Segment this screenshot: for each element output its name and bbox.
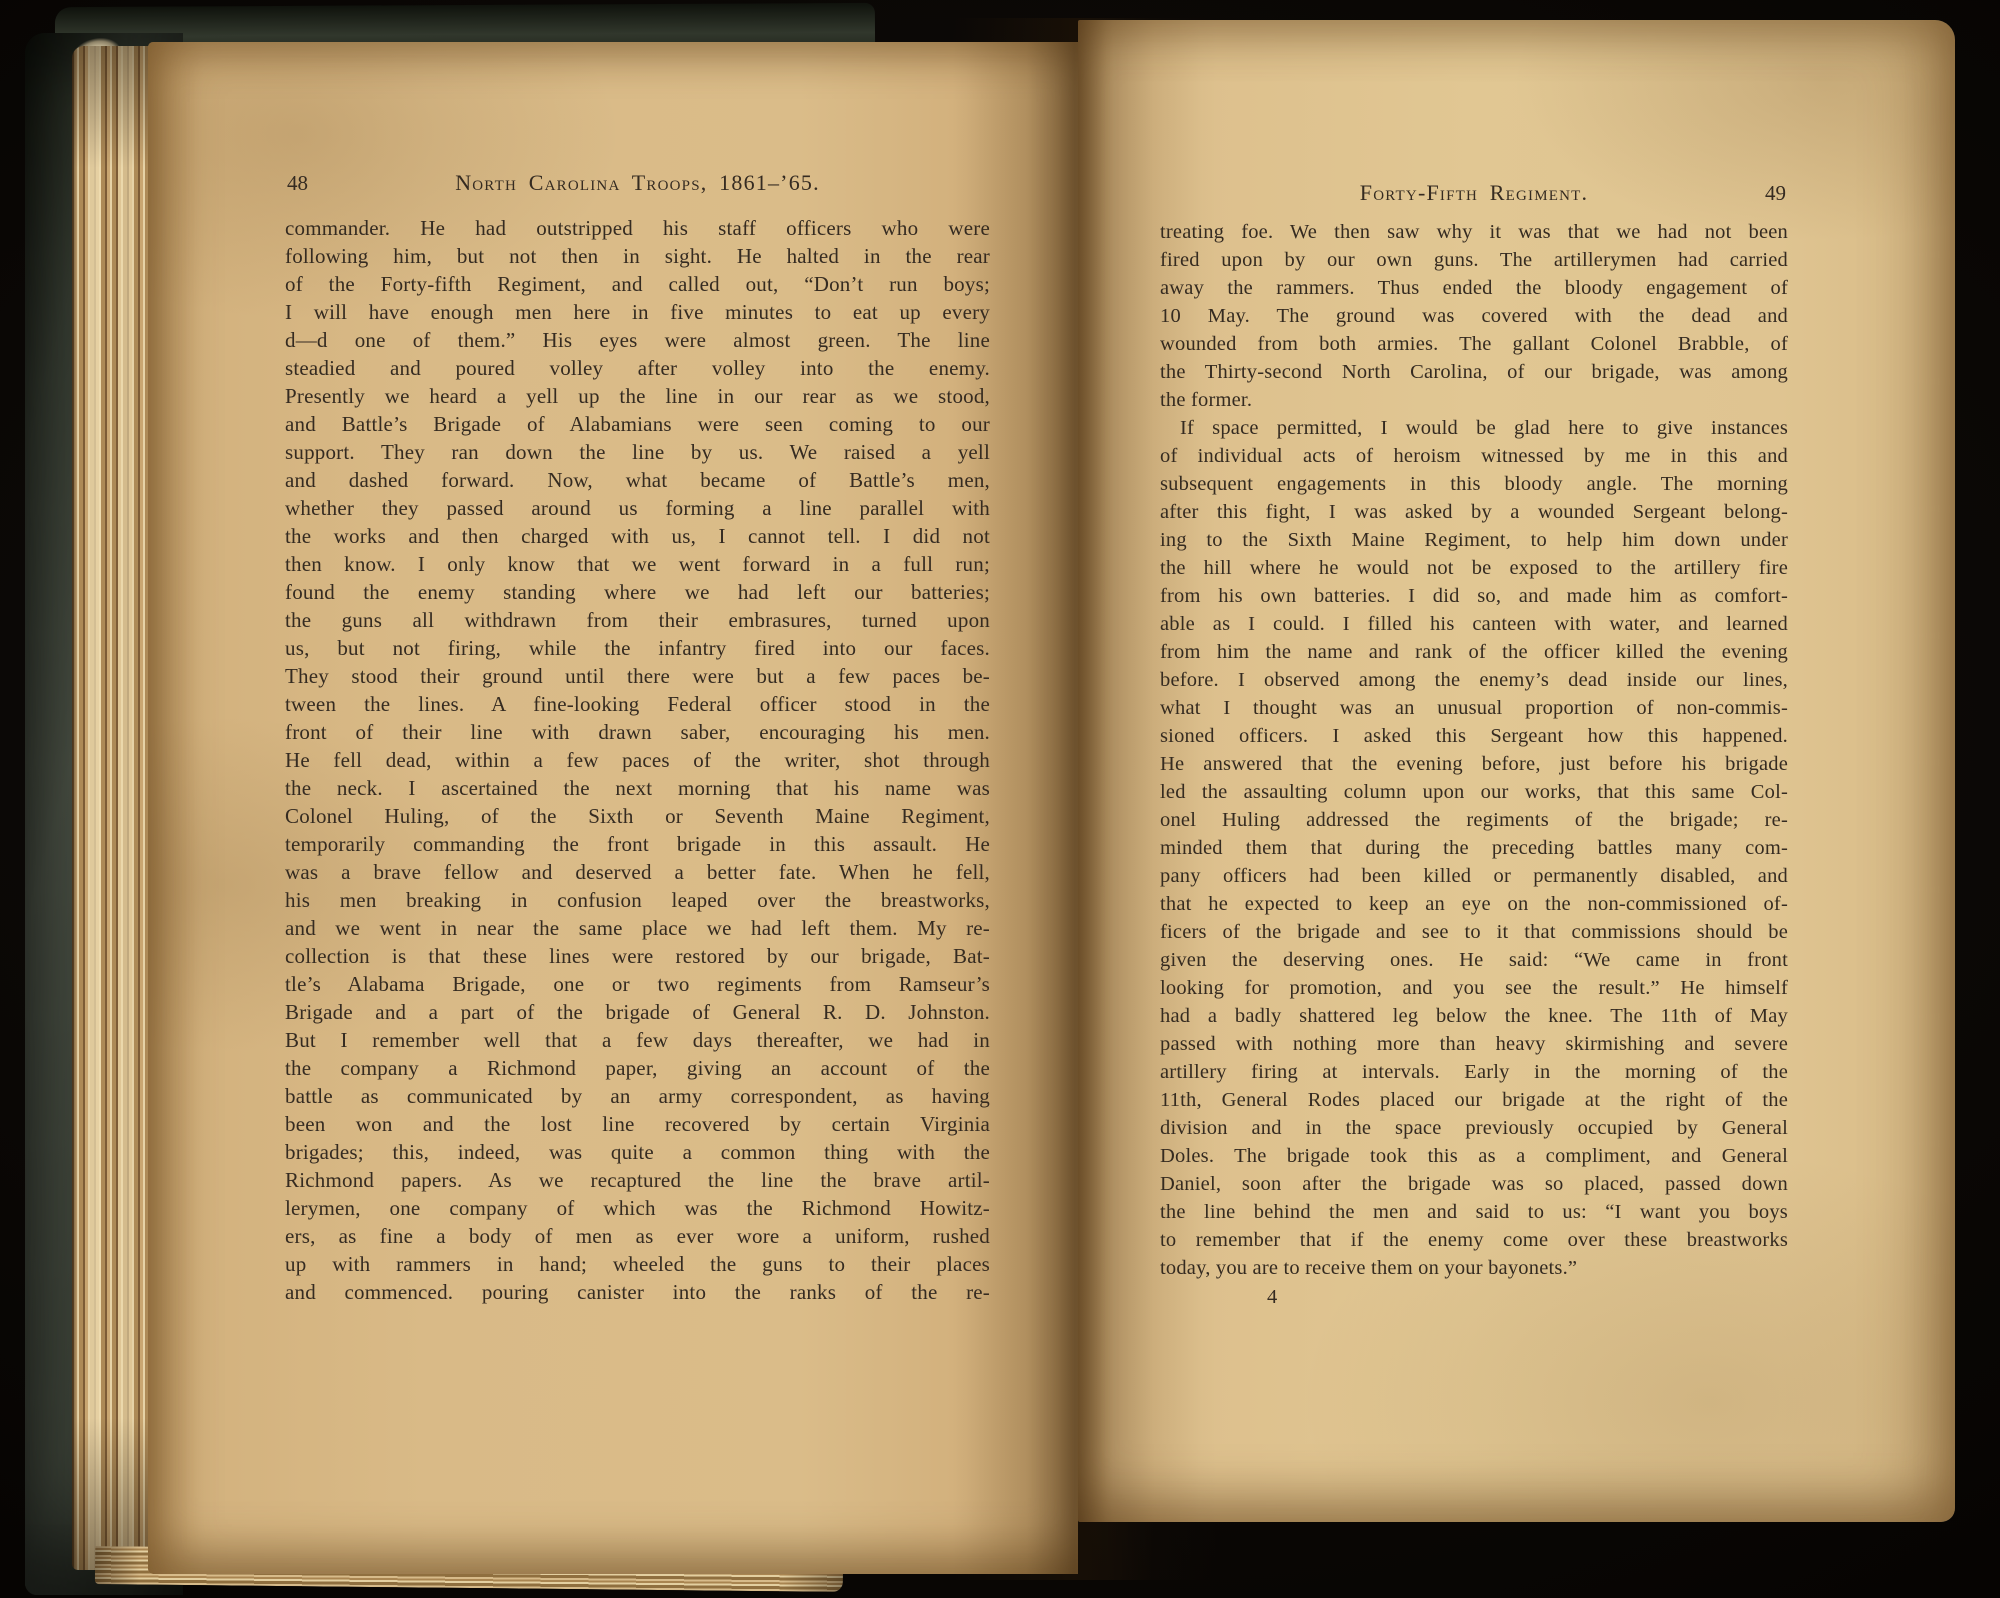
text-line: given the deserving ones. He said: “We c… <box>1160 946 1788 974</box>
text-line: and we went in near the same place we ha… <box>285 914 990 942</box>
text-line: was a brave fellow and deserved a better… <box>285 858 990 886</box>
text-line: found the enemy standing where we had le… <box>285 578 990 606</box>
text-line: the guns all withdrawn from their embras… <box>285 606 990 634</box>
text-line: to remember that if the enemy come over … <box>1160 1226 1788 1254</box>
text-line: front of their line with drawn saber, en… <box>285 718 990 746</box>
text-line: I will have enough men here in five minu… <box>285 298 990 326</box>
text-line: from him the name and rank of the office… <box>1160 638 1788 666</box>
text-line: Doles. The brigade took this as a compli… <box>1160 1142 1788 1170</box>
text-line: us, but not firing, while the infantry f… <box>285 634 990 662</box>
text-line: and dashed forward. Now, what became of … <box>285 466 990 494</box>
text-line: looking for promotion, and you see the r… <box>1160 974 1788 1002</box>
text-line: battle as communicated by an army corres… <box>285 1082 990 1110</box>
text-line: ing to the Sixth Maine Regiment, to help… <box>1160 526 1788 554</box>
left-page-number: 48 <box>287 171 308 196</box>
text-line: what I thought was an unusual proportion… <box>1160 694 1788 722</box>
text-line: and Battle’s Brigade of Alabamians were … <box>285 410 990 438</box>
text-line: onel Huling addressed the regiments of t… <box>1160 806 1788 834</box>
text-line: They stood their ground until there were… <box>285 662 990 690</box>
text-line: tween the lines. A fine-looking Federal … <box>285 690 990 718</box>
text-line: Daniel, soon after the brigade was so pl… <box>1160 1170 1788 1198</box>
right-page: Forty-Fifth Regiment. 49 treating foe. W… <box>1078 20 1955 1522</box>
text-line: Presently we heard a yell up the line in… <box>285 382 990 410</box>
text-line: the hill where he would not be exposed t… <box>1160 554 1788 582</box>
right-running-header: Forty-Fifth Regiment. 49 <box>1160 180 1788 206</box>
text-line: ers, as fine a body of men as ever wore … <box>285 1222 990 1250</box>
text-line: wounded from both armies. The gallant Co… <box>1160 330 1788 358</box>
text-line: been won and the lost line recovered by … <box>285 1110 990 1138</box>
text-line: fired upon by our own guns. The artiller… <box>1160 246 1788 274</box>
text-line: He answered that the evening before, jus… <box>1160 750 1788 778</box>
text-line: support. They ran down the line by us. W… <box>285 438 990 466</box>
text-line: lerymen, one company of which was the Ri… <box>285 1194 990 1222</box>
text-line: treating foe. We then saw why it was tha… <box>1160 218 1788 246</box>
right-page-text: treating foe. We then saw why it was tha… <box>1160 218 1788 1282</box>
text-line: after this fight, I was asked by a wound… <box>1160 498 1788 526</box>
text-line: Colonel Huling, of the Sixth or Seventh … <box>285 802 990 830</box>
text-line: the line behind the men and said to us: … <box>1160 1198 1788 1226</box>
text-line: 11th, General Rodes placed our brigade a… <box>1160 1086 1788 1114</box>
text-line: But I remember well that a few days ther… <box>285 1026 990 1054</box>
text-line: ficers of the brigade and see to it that… <box>1160 918 1788 946</box>
left-page-text: commander. He had outstripped his staff … <box>285 214 990 1306</box>
text-line: of individual acts of heroism witnessed … <box>1160 442 1788 470</box>
text-line: steadied and poured volley after volley … <box>285 354 990 382</box>
text-line: He fell dead, within a few paces of the … <box>285 746 990 774</box>
text-line: pany officers had been killed or permane… <box>1160 862 1788 890</box>
text-line: sioned officers. I asked this Sergeant h… <box>1160 722 1788 750</box>
text-line: the works and then charged with us, I ca… <box>285 522 990 550</box>
text-line: of the Forty-fifth Regiment, and called … <box>285 270 990 298</box>
text-line: commander. He had outstripped his staff … <box>285 214 990 242</box>
text-line: following him, but not then in sight. He… <box>285 242 990 270</box>
text-line: brigades; this, indeed, was quite a comm… <box>285 1138 990 1166</box>
text-line: the Thirty-second North Carolina, of our… <box>1160 358 1788 386</box>
text-line: division and in the space previously occ… <box>1160 1114 1788 1142</box>
text-line: passed with nothing more than heavy skir… <box>1160 1030 1788 1058</box>
right-page-number: 49 <box>1765 181 1786 206</box>
text-line: and commenced. pouring canister into the… <box>285 1278 990 1306</box>
text-line: the neck. I ascertained the next morning… <box>285 774 990 802</box>
text-line: collection is that these lines were rest… <box>285 942 990 970</box>
text-line: that he expected to keep an eye on the n… <box>1160 890 1788 918</box>
text-line: 10 May. The ground was covered with the … <box>1160 302 1788 330</box>
right-header-title: Forty-Fifth Regiment. <box>1360 180 1588 205</box>
text-line: Brigade and a part of the brigade of Gen… <box>285 998 990 1026</box>
text-line: artillery firing at intervals. Early in … <box>1160 1058 1788 1086</box>
text-line: tle’s Alabama Brigade, one or two regime… <box>285 970 990 998</box>
text-line: the company a Richmond paper, giving an … <box>285 1054 990 1082</box>
open-book-photo: 48 North Carolina Troops, 1861–’65. comm… <box>0 0 2000 1598</box>
text-line: up with rammers in hand; wheeled the gun… <box>285 1250 990 1278</box>
text-line: away the rammers. Thus ended the bloody … <box>1160 274 1788 302</box>
text-line: whether they passed around us forming a … <box>285 494 990 522</box>
text-line: led the assaulting column upon our works… <box>1160 778 1788 806</box>
left-header-title: North Carolina Troops, 1861–’65. <box>455 170 820 195</box>
text-line: minded them that during the preceding ba… <box>1160 834 1788 862</box>
text-line: able as I could. I filled his canteen wi… <box>1160 610 1788 638</box>
text-line: subsequent engagements in this bloody an… <box>1160 470 1788 498</box>
text-line: Richmond papers. As we recaptured the li… <box>285 1166 990 1194</box>
left-page: 48 North Carolina Troops, 1861–’65. comm… <box>148 42 1078 1574</box>
left-running-header: 48 North Carolina Troops, 1861–’65. <box>285 170 990 196</box>
text-line: had a badly shattered leg below the knee… <box>1160 1002 1788 1030</box>
text-line: d—d one of them.” His eyes were almost g… <box>285 326 990 354</box>
text-line: his men breaking in confusion leaped ove… <box>285 886 990 914</box>
text-line: If space permitted, I would be glad here… <box>1160 414 1788 442</box>
signature-mark: 4 <box>1267 1286 1277 1309</box>
text-line: before. I observed among the enemy’s dea… <box>1160 666 1788 694</box>
text-line: then know. I only know that we went forw… <box>285 550 990 578</box>
text-line: temporarily commanding the front brigade… <box>285 830 990 858</box>
text-line: from his own batteries. I did so, and ma… <box>1160 582 1788 610</box>
